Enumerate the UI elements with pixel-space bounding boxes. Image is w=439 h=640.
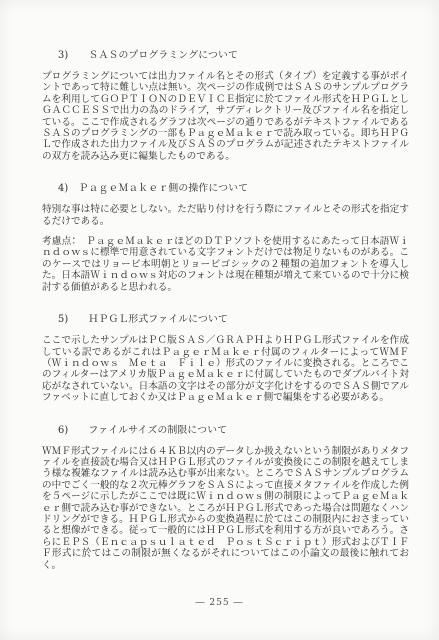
section-6-file-size-limit: 6) ファイルサイズの制限について ＷＭＦ形式ファイルには６４ＫＢ以内のデータし…: [42, 425, 409, 571]
page-content: 3) ＳＡＳのプログラミングについて プログラミングについては出力ファイル名とそ…: [42, 50, 409, 571]
document-page: 3) ＳＡＳのプログラミングについて プログラミングについては出力ファイル名とそ…: [0, 0, 439, 640]
section-6-paragraph: ＷＭＦ形式ファイルには６４ＫＢ以内のデータしか扱えないという制限がありメタファイ…: [42, 446, 409, 571]
section-4-heading: 4) ＰａｇｅＭａｋｅｒ側の操作について: [58, 183, 409, 195]
section-5-heading: 5) ＨＰＧＬ形式ファイルについて: [58, 314, 409, 326]
section-4-pagemaker-operation: 4) ＰａｇｅＭａｋｅｒ側の操作について 特別な事は特に必要としない。ただ貼り付…: [42, 183, 409, 293]
section-5-hpgl-format: 5) ＨＰＧＬ形式ファイルについて ここで示したサンプルはＰＣ版ＳＡＳ／ＧＲＡＰ…: [42, 314, 409, 403]
section-3-sas-programming: 3) ＳＡＳのプログラミングについて プログラミングについては出力ファイル名とそ…: [42, 50, 409, 162]
section-5-paragraph: ここで示したサンプルはＰＣ版ＳＡＳ／ＧＲＡＰＨよりＨＰＧＬ形式ファイルを作成して…: [42, 335, 409, 403]
section-3-paragraph: プログラミングについては出力ファイル名とその形式（タイプ）を定義する事がポイント…: [42, 71, 409, 162]
section-6-heading: 6) ファイルサイズの制限について: [58, 425, 409, 437]
section-4-paragraph-2: 考慮点： ＰａｇｅＭａｋｅｒほどのＤＴＰソフトを使用するにあたって日本語Ｗｉｎｄ…: [42, 236, 409, 293]
page-number: ― 255 ―: [0, 598, 439, 608]
section-3-heading: 3) ＳＡＳのプログラミングについて: [58, 50, 409, 62]
section-4-paragraph-1: 特別な事は特に必要としない。ただ貼り付けを行う際にファイルとその形式を指定するだ…: [42, 204, 409, 227]
